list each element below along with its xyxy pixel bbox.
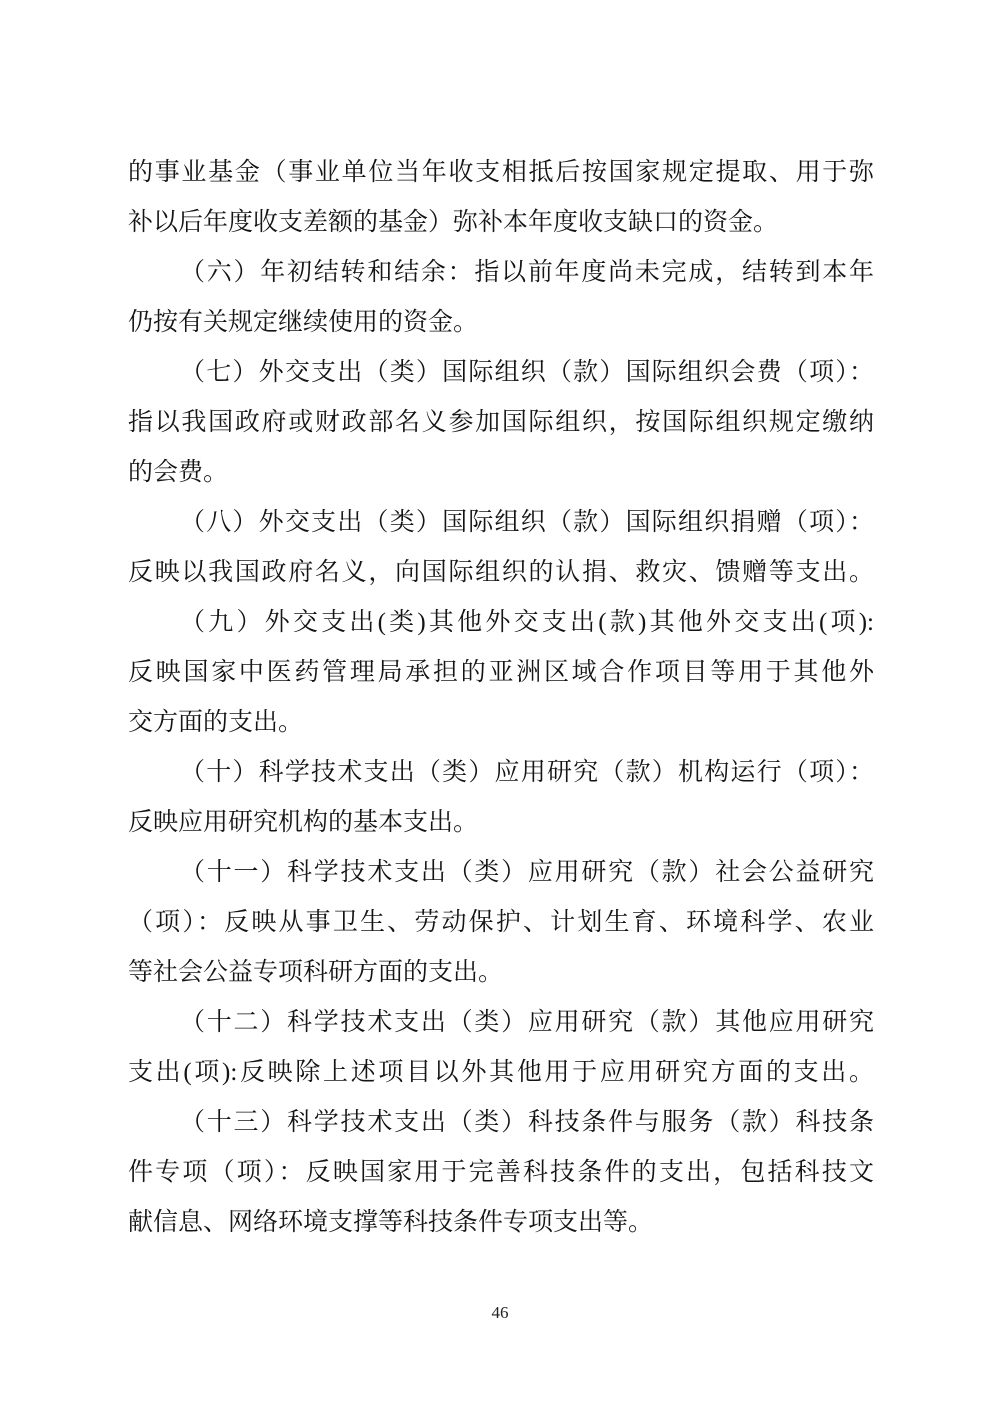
- text-line: 献信息、网络环境支撑等科技条件专项支出等。: [128, 1198, 874, 1248]
- document-body: 的事业基金（事业单位当年收支相抵后按国家规定提取、用于弥补以后年度收支差额的基金…: [128, 148, 874, 1248]
- text-line: （十三）科学技术支出（类）科技条件与服务（款）科技条: [128, 1098, 874, 1148]
- paragraph: （十三）科学技术支出（类）科技条件与服务（款）科技条件专项（项）：反映国家用于完…: [128, 1098, 874, 1248]
- text-line: 仍按有关规定继续使用的资金。: [128, 298, 874, 348]
- text-line: 补以后年度收支差额的基金）弥补本年度收支缺口的资金。: [128, 198, 874, 248]
- text-line: 的事业基金（事业单位当年收支相抵后按国家规定提取、用于弥: [128, 148, 874, 198]
- paragraph: （七）外交支出（类）国际组织（款）国际组织会费（项）：指以我国政府或财政部名义参…: [128, 348, 874, 498]
- text-line: 等社会公益专项科研方面的支出。: [128, 948, 874, 998]
- document-page: 的事业基金（事业单位当年收支相抵后按国家规定提取、用于弥补以后年度收支差额的基金…: [0, 0, 1000, 1413]
- text-line: （项）：反映从事卫生、劳动保护、计划生育、环境科学、农业: [128, 898, 874, 948]
- text-line: 指以我国政府或财政部名义参加国际组织，按国际组织规定缴纳: [128, 398, 874, 448]
- paragraph: （十）科学技术支出（类）应用研究（款）机构运行（项）：反映应用研究机构的基本支出…: [128, 748, 874, 848]
- paragraph: （十一）科学技术支出（类）应用研究（款）社会公益研究（项）：反映从事卫生、劳动保…: [128, 848, 874, 998]
- paragraph: 的事业基金（事业单位当年收支相抵后按国家规定提取、用于弥补以后年度收支差额的基金…: [128, 148, 874, 248]
- paragraph: （九）外交支出(类)其他外交支出(款)其他外交支出(项):反映国家中医药管理局承…: [128, 598, 874, 748]
- text-line: 反映以我国政府名义，向国际组织的认捐、救灾、馈赠等支出。: [128, 548, 874, 598]
- page-number: 46: [0, 1303, 1000, 1323]
- paragraph: （八）外交支出（类）国际组织（款）国际组织捐赠（项）：反映以我国政府名义，向国际…: [128, 498, 874, 598]
- text-line: 的会费。: [128, 448, 874, 498]
- text-line: （十一）科学技术支出（类）应用研究（款）社会公益研究: [128, 848, 874, 898]
- text-line: （七）外交支出（类）国际组织（款）国际组织会费（项）：: [128, 348, 874, 398]
- text-line: 支出(项):反映除上述项目以外其他用于应用研究方面的支出。: [128, 1048, 874, 1098]
- paragraph: （六）年初结转和结余：指以前年度尚未完成，结转到本年仍按有关规定继续使用的资金。: [128, 248, 874, 348]
- text-line: （十）科学技术支出（类）应用研究（款）机构运行（项）：: [128, 748, 874, 798]
- text-line: （十二）科学技术支出（类）应用研究（款）其他应用研究: [128, 998, 874, 1048]
- text-line: 交方面的支出。: [128, 698, 874, 748]
- text-line: 件专项（项）：反映国家用于完善科技条件的支出，包括科技文: [128, 1148, 874, 1198]
- text-line: 反映应用研究机构的基本支出。: [128, 798, 874, 848]
- text-line: （六）年初结转和结余：指以前年度尚未完成，结转到本年: [128, 248, 874, 298]
- text-line: （九）外交支出(类)其他外交支出(款)其他外交支出(项):: [128, 598, 874, 648]
- text-line: 反映国家中医药管理局承担的亚洲区域合作项目等用于其他外: [128, 648, 874, 698]
- paragraph: （十二）科学技术支出（类）应用研究（款）其他应用研究支出(项):反映除上述项目以…: [128, 998, 874, 1098]
- text-line: （八）外交支出（类）国际组织（款）国际组织捐赠（项）：: [128, 498, 874, 548]
